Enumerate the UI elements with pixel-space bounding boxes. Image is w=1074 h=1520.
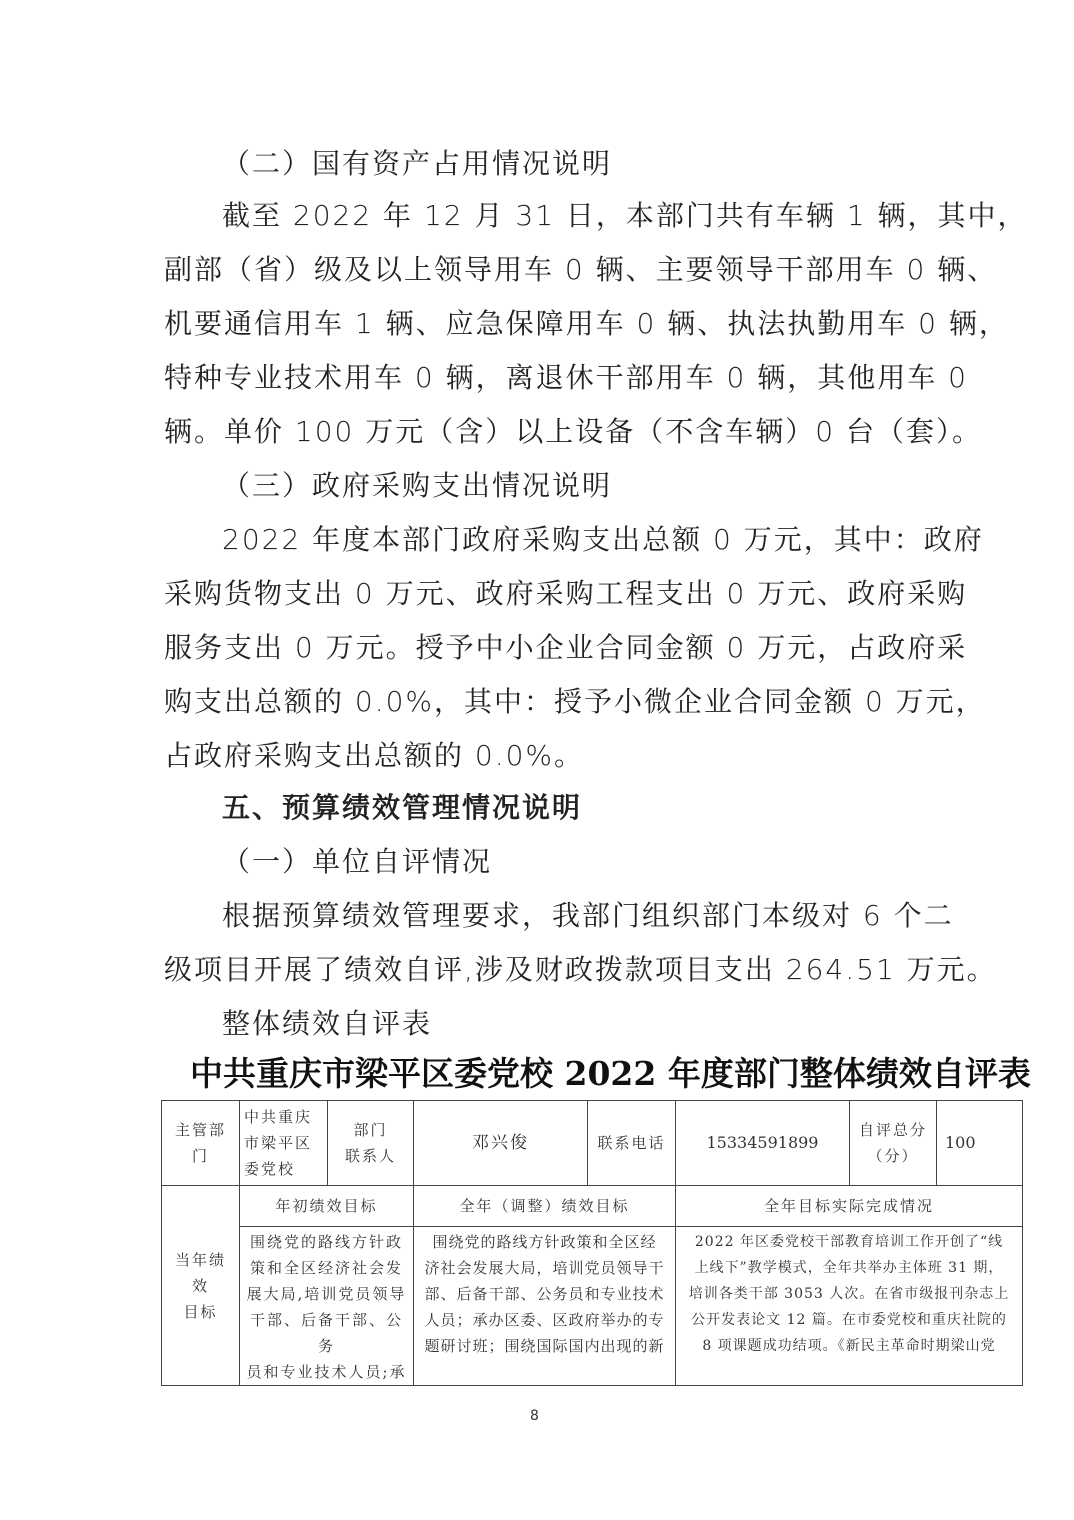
self-evaluation-line-1: 根据预算绩效管理要求，我部门组织部门本级对 6 个二 — [222, 898, 954, 934]
procurement-paragraph-line-4: 购支出总额的 0.0%，其中：授予小微企业合同金额 0 万元， — [164, 684, 986, 720]
dept-label-cell: 主管部 门 — [162, 1101, 240, 1186]
table-caption: 整体绩效自评表 — [222, 1006, 432, 1042]
adjusted-goals-line: 人员；承办区委、区政府举办的专 — [418, 1307, 671, 1333]
adjusted-goals-line: 部、后备干部、公务员和专业技术 — [418, 1281, 671, 1307]
assets-paragraph-line-2: 副部（省）级及以上领导用车 0 辆、主要领导干部用车 0 辆、 — [164, 252, 997, 288]
goals-label-cell: 当年绩 效 目标 — [162, 1186, 240, 1386]
goals-label-line: 目标 — [166, 1299, 235, 1325]
self-evaluation-line-2: 级项目开展了绩效自评,涉及财政拨款项目支出 264.51 万元。 — [164, 952, 997, 988]
section-heading-assets: （二）国有资产占用情况说明 — [222, 146, 612, 182]
evaluation-table-title: 中共重庆市梁平区委党校 2022 年度部门整体绩效自评表 — [190, 1048, 1010, 1095]
adjusted-goals-line: 题研讨班；围绕国际国内出现的新 — [418, 1333, 671, 1359]
adjusted-goals-line: 济社会发展大局，培训党员领导干 — [418, 1255, 671, 1281]
dept-label-line: 门 — [166, 1143, 235, 1169]
initial-goals-cell: 围绕党的路线方针政 策和全区经济社会发 展大局,培训党员领导 干部、后备干部、公… — [240, 1227, 414, 1386]
dept-label-line: 主管部 — [166, 1117, 235, 1143]
score-value-cell: 100 — [937, 1101, 1023, 1186]
dept-value-cell: 中共重庆 市梁平区 委党校 — [240, 1101, 328, 1186]
actual-completion-line: 8 项课题成功结项。《新民主革命时期梁山党 — [680, 1333, 1018, 1359]
evaluation-table: 主管部 门 中共重庆 市梁平区 委党校 部门 联系人 邓兴俊 联系电话 1533… — [161, 1100, 1023, 1386]
procurement-paragraph-line-1: 2022 年度本部门政府采购支出总额 0 万元，其中：政府 — [222, 522, 984, 558]
initial-goals-line: 展大局,培训党员领导 — [244, 1281, 409, 1307]
dept-value-line: 中共重庆 — [244, 1104, 323, 1130]
initial-goals-line: 策和全区经济社会发 — [244, 1255, 409, 1281]
actual-completion-line: 公开发表论文 12 篇。在市委党校和重庆社院的 — [680, 1307, 1018, 1333]
assets-paragraph-line-5: 辆。单价 100 万元（含）以上设备（不含车辆）0 台（套）。 — [164, 414, 982, 450]
phone-value-cell: 15334591899 — [676, 1101, 850, 1186]
initial-goals-line: 围绕党的路线方针政 — [244, 1229, 409, 1255]
procurement-paragraph-line-3: 服务支出 0 万元。授予中小企业合同金额 0 万元，占政府采 — [164, 630, 967, 666]
contact-label-line: 联系人 — [332, 1143, 409, 1169]
initial-goals-line: 员和专业技术人员;承 — [244, 1359, 409, 1385]
phone-label-cell: 联系电话 — [588, 1101, 676, 1186]
section-heading-procurement: （三）政府采购支出情况说明 — [222, 468, 612, 504]
contact-label-line: 部门 — [332, 1117, 409, 1143]
score-label-line: （分） — [854, 1143, 932, 1169]
adjusted-goals-cell: 围绕党的路线方针政策和全区经 济社会发展大局，培训党员领导干 部、后备干部、公务… — [414, 1227, 676, 1386]
header-actual-completion: 全年目标实际完成情况 — [676, 1186, 1023, 1227]
sub-heading-self-evaluation: （一）单位自评情况 — [222, 844, 492, 880]
actual-completion-line: 2022 年区委党校干部教育培训工作开创了“线 — [680, 1229, 1018, 1255]
actual-completion-line: 培训各类干部 3053 人次。在省市级报刊杂志上 — [680, 1281, 1018, 1307]
table-row-goal-content: 围绕党的路线方针政 策和全区经济社会发 展大局,培训党员领导 干部、后备干部、公… — [162, 1227, 1023, 1386]
assets-paragraph-line-4: 特种专业技术用车 0 辆，离退休干部用车 0 辆，其他用车 0 — [164, 360, 968, 396]
page-number: 8 — [530, 1408, 539, 1424]
contact-value-cell: 邓兴俊 — [414, 1101, 588, 1186]
procurement-paragraph-line-2: 采购货物支出 0 万元、政府采购工程支出 0 万元、政府采购 — [164, 576, 967, 612]
section-heading-performance: 五、预算绩效管理情况说明 — [222, 790, 582, 826]
procurement-paragraph-line-5: 占政府采购支出总额的 0.0%。 — [164, 738, 584, 774]
table-row-contact: 主管部 门 中共重庆 市梁平区 委党校 部门 联系人 邓兴俊 联系电话 1533… — [162, 1101, 1023, 1186]
goals-label-line: 效 — [166, 1273, 235, 1299]
score-label-line: 自评总分 — [854, 1117, 932, 1143]
table-row-goal-headers: 当年绩 效 目标 年初绩效目标 全年（调整）绩效目标 全年目标实际完成情况 — [162, 1186, 1023, 1227]
dept-value-line: 委党校 — [244, 1156, 323, 1182]
assets-paragraph-line-3: 机要通信用车 1 辆、应急保障用车 0 辆、执法执勤用车 0 辆， — [164, 306, 1009, 342]
adjusted-goals-line: 围绕党的路线方针政策和全区经 — [418, 1229, 671, 1255]
actual-completion-line: 上线下”教学模式，全年共举办主体班 31 期， — [680, 1255, 1018, 1281]
dept-value-line: 市梁平区 — [244, 1130, 323, 1156]
header-initial-goals: 年初绩效目标 — [240, 1186, 414, 1227]
goals-label-line: 当年绩 — [166, 1247, 235, 1273]
score-label-cell: 自评总分 （分） — [850, 1101, 937, 1186]
actual-completion-cell: 2022 年区委党校干部教育培训工作开创了“线 上线下”教学模式，全年共举办主体… — [676, 1227, 1023, 1386]
assets-paragraph-line-1: 截至 2022 年 12 月 31 日，本部门共有车辆 1 辆，其中， — [222, 198, 1028, 234]
header-adjusted-goals: 全年（调整）绩效目标 — [414, 1186, 676, 1227]
initial-goals-line: 干部、后备干部、公务 — [244, 1307, 409, 1359]
contact-label-cell: 部门 联系人 — [328, 1101, 414, 1186]
